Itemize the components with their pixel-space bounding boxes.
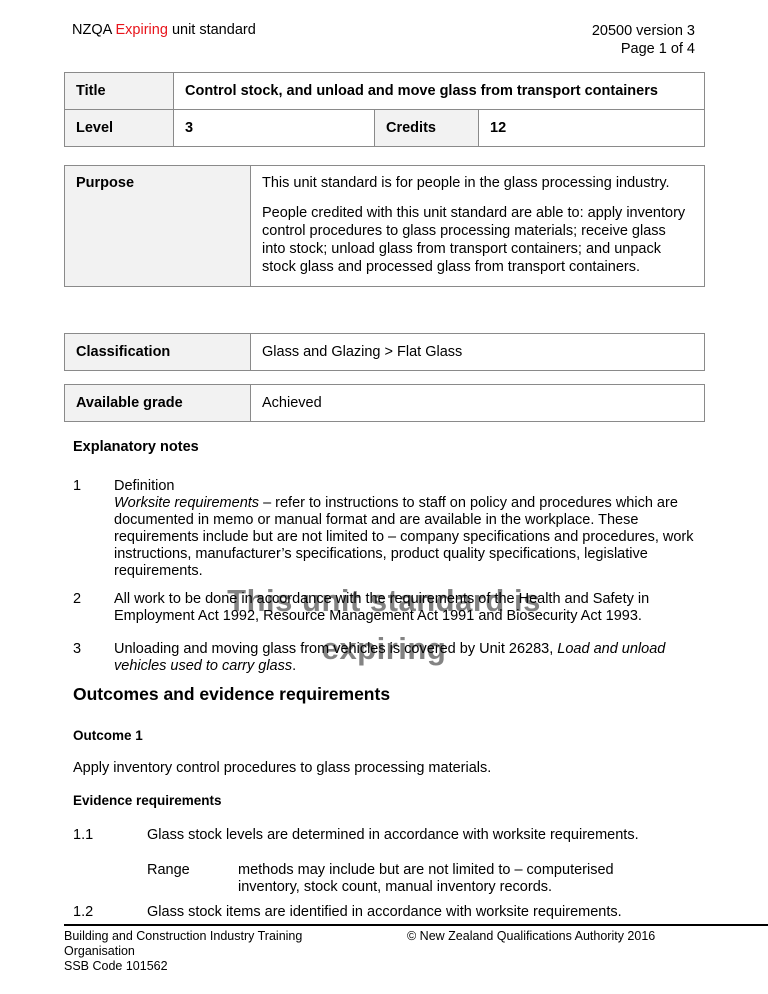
explanatory-notes-heading: Explanatory notes (73, 439, 199, 455)
footer-org-name: Building and Construction Industry Train… (64, 929, 344, 959)
outcome-label: Outcome 1 (73, 728, 143, 743)
note-number: 3 (73, 641, 81, 658)
page-indicator: Page 1 of 4 (592, 40, 695, 58)
note-title: Definition (114, 478, 713, 495)
evidence-number: 1.2 (73, 904, 93, 920)
outcomes-heading: Outcomes and evidence requirements (73, 684, 390, 705)
header-doc-type: unit standard (172, 22, 256, 38)
note-text: Unloading and moving glass from vehicles… (114, 641, 713, 675)
header-title: NZQA Expiring unit standard (72, 22, 256, 38)
grade-label: Available grade (65, 385, 251, 422)
grade-value: Achieved (251, 385, 705, 422)
footer-divider (64, 924, 768, 926)
evidence-heading: Evidence requirements (73, 793, 222, 808)
header-org: NZQA (72, 22, 111, 38)
note-text: Worksite requirements – refer to instruc… (114, 495, 713, 580)
classification-label: Classification (65, 334, 251, 371)
outcome-text: Apply inventory control procedures to gl… (73, 760, 491, 776)
footer-ssb-code: SSB Code 101562 (64, 959, 344, 974)
title-value: Control stock, and unload and move glass… (174, 73, 705, 110)
explanatory-note: 1 Definition Worksite requirements – ref… (73, 478, 713, 580)
evidence-text: Glass stock levels are determined in acc… (147, 827, 639, 843)
expiring-status: Expiring (116, 22, 168, 38)
range-label: Range (147, 862, 190, 878)
classification-value: Glass and Glazing > Flat Glass (251, 334, 705, 371)
evidence-number: 1.1 (73, 827, 93, 843)
classification-table: Classification Glass and Glazing > Flat … (64, 333, 705, 371)
credits-label: Credits (375, 110, 479, 147)
evidence-text: Glass stock items are identified in acco… (147, 904, 622, 920)
version-number: 20500 version 3 (592, 22, 695, 40)
note-text: All work to be done in accordance with t… (114, 591, 713, 625)
purpose-paragraph: This unit standard is for people in the … (262, 174, 693, 192)
note-number: 2 (73, 591, 81, 608)
credits-value: 12 (479, 110, 705, 147)
note-number: 1 (73, 478, 81, 495)
purpose-paragraph: People credited with this unit standard … (262, 204, 693, 276)
purpose-value: This unit standard is for people in the … (251, 166, 705, 287)
purpose-table: Purpose This unit standard is for people… (64, 165, 705, 287)
level-label: Level (65, 110, 174, 147)
level-value: 3 (174, 110, 375, 147)
header-version-block: 20500 version 3 Page 1 of 4 (592, 22, 695, 58)
grade-table: Available grade Achieved (64, 384, 705, 422)
summary-table: Title Control stock, and unload and move… (64, 72, 705, 147)
note-term: Worksite requirements (114, 495, 259, 511)
explanatory-note: 3 Unloading and moving glass from vehicl… (73, 641, 713, 675)
footer-copyright: © New Zealand Qualifications Authority 2… (407, 929, 655, 943)
title-label: Title (65, 73, 174, 110)
range-text: methods may include but are not limited … (238, 862, 658, 896)
explanatory-note: 2 All work to be done in accordance with… (73, 591, 713, 625)
purpose-label: Purpose (65, 166, 251, 287)
footer-organisation: Building and Construction Industry Train… (64, 929, 344, 974)
